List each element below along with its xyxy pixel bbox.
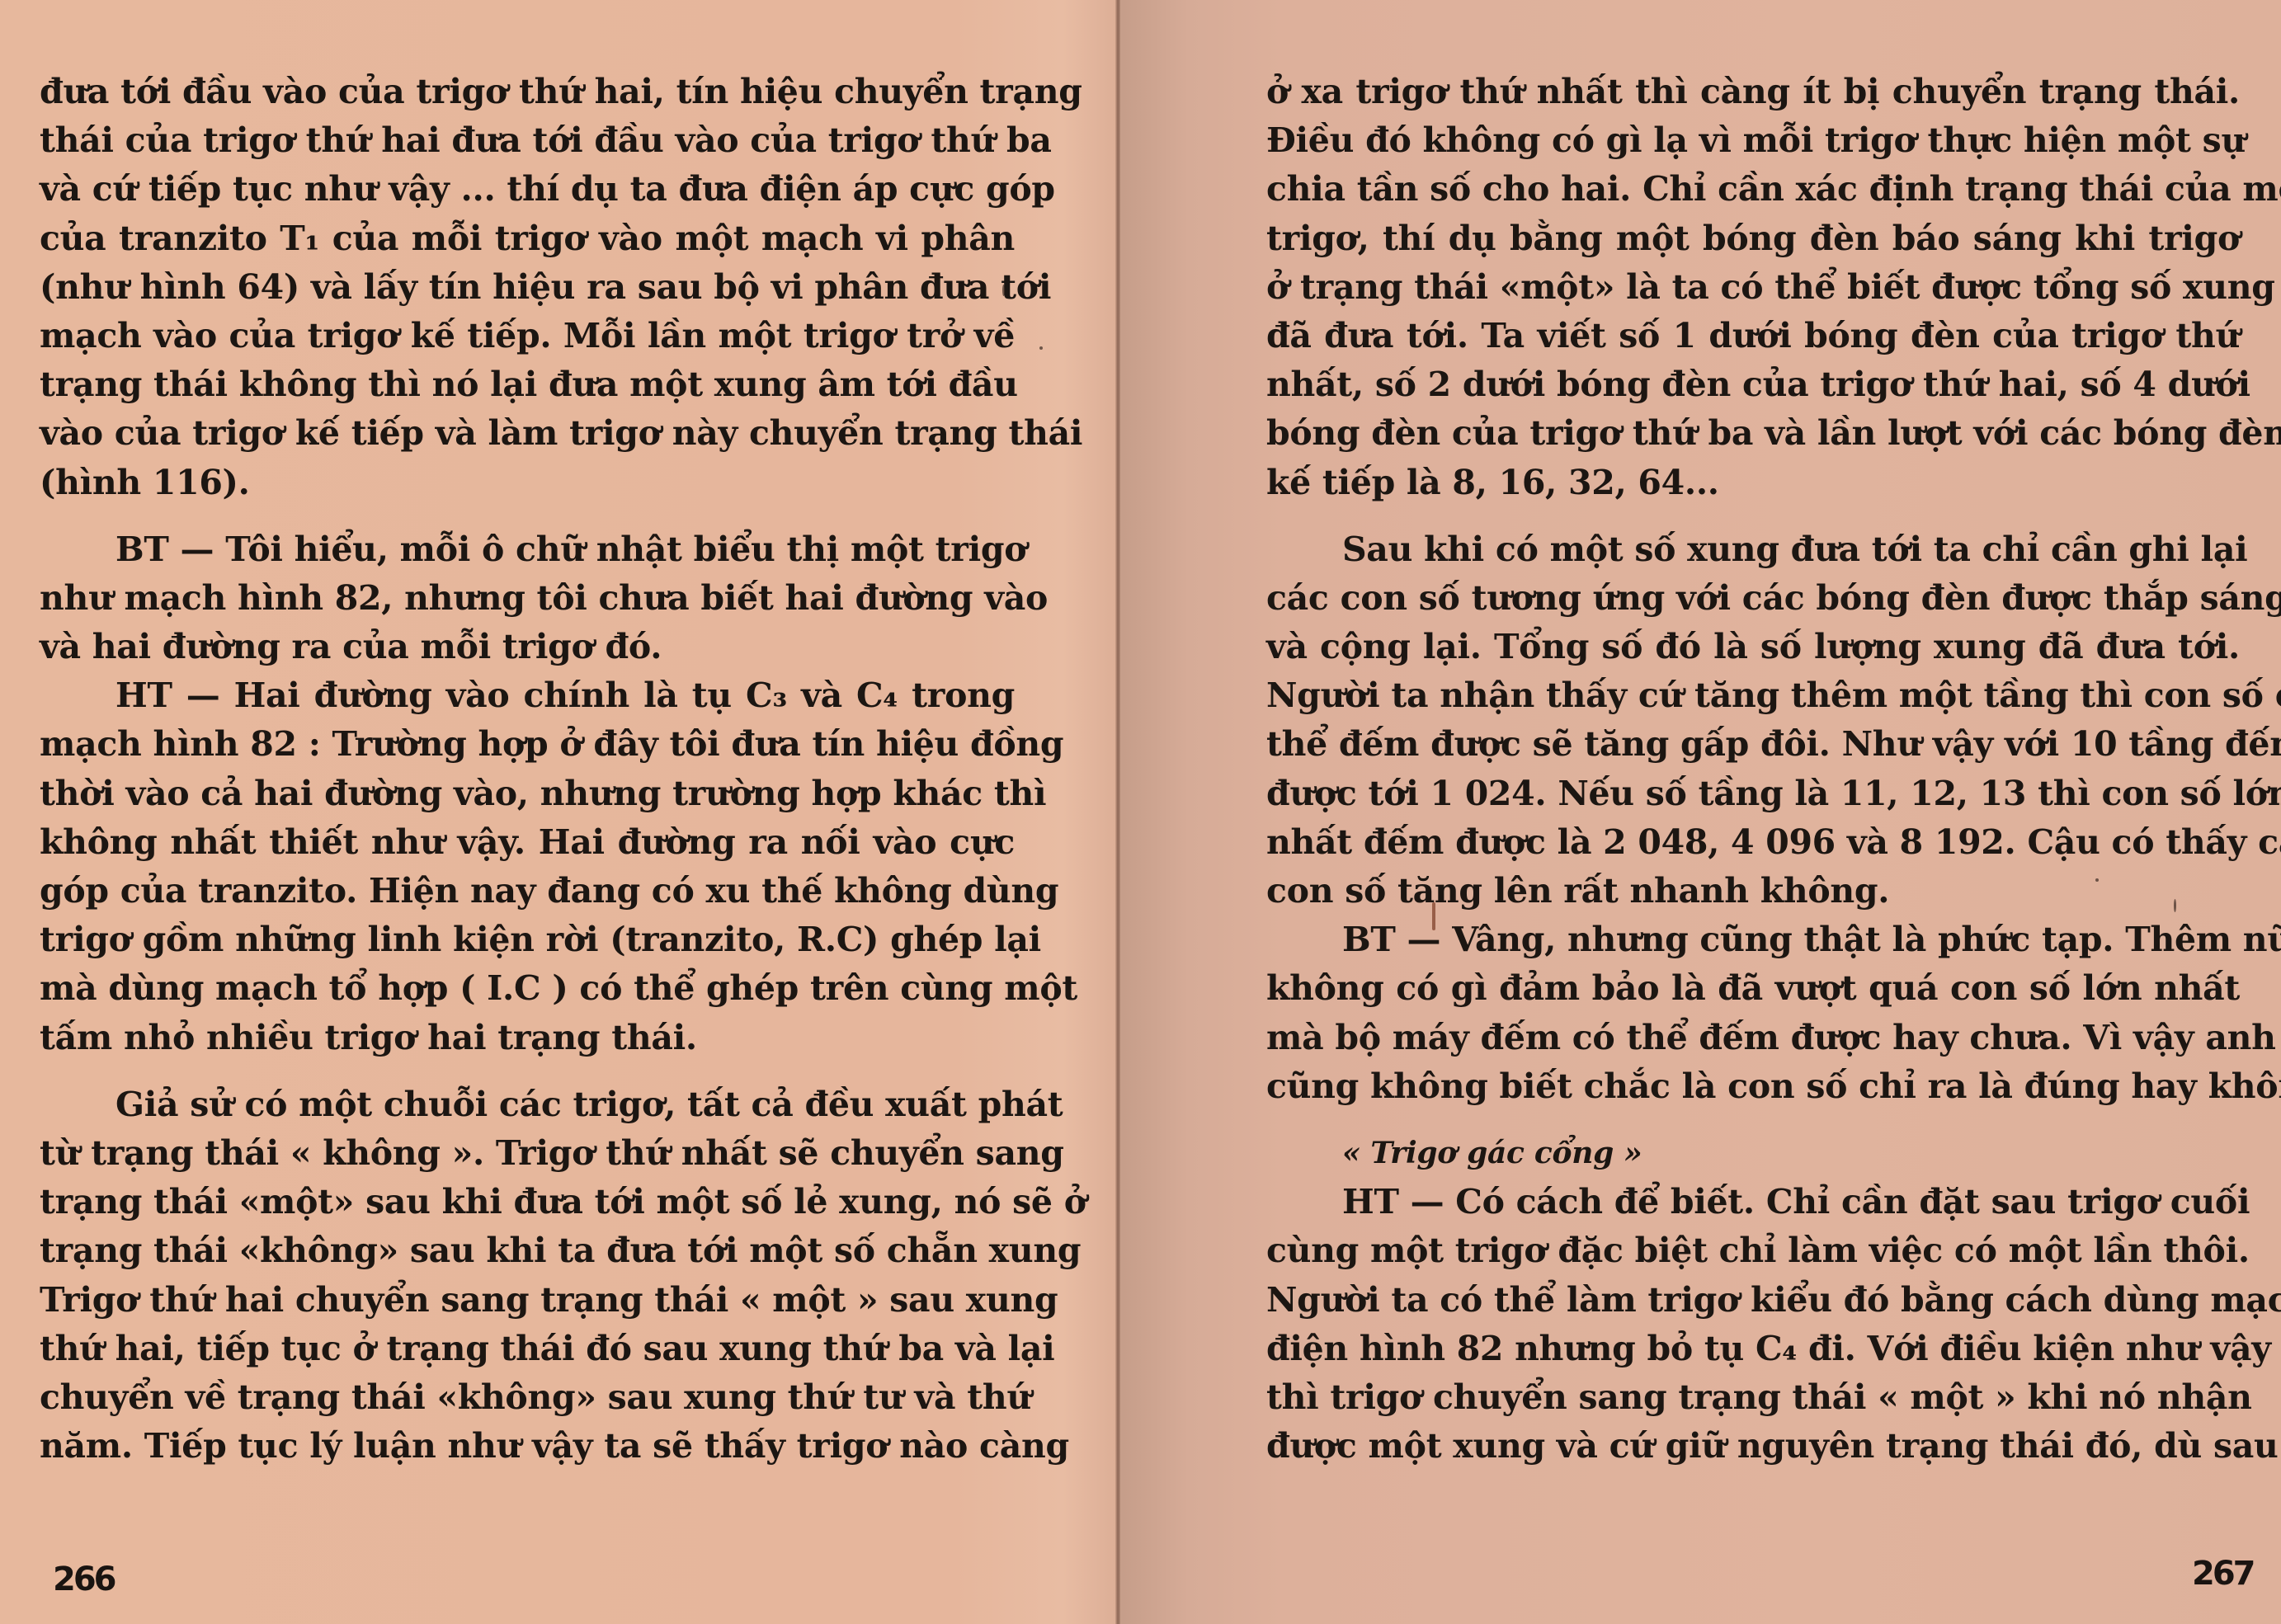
text-line: nhất đếm được là 2 048, 4 096 và 8 192. … — [1266, 818, 2240, 867]
right-page-body-text: ở xa trigơ thứ nhất thì càng ít bị chuyể… — [1266, 68, 2240, 1471]
text-line: con số tăng lên rất nhanh không. — [1266, 867, 2240, 916]
text-line: ở xa trigơ thứ nhất thì càng ít bị chuyể… — [1266, 68, 2240, 116]
text-line: điện hình 82 nhưng bỏ tụ C₄ đi. Với điều… — [1266, 1325, 2240, 1373]
text-line: BT — Tôi hiểu, mỗi ô chữ nhật biểu thị m… — [40, 525, 1015, 574]
text-line: Người ta có thể làm trigơ kiểu đó bằng c… — [1266, 1276, 2240, 1325]
text-line: bóng đèn của trigơ thứ ba và lần lượt vớ… — [1266, 409, 2240, 458]
text-line: trạng thái «không» sau khi ta đưa tới mộ… — [40, 1226, 1015, 1275]
paper-speck — [1039, 346, 1043, 350]
text-line: thể đếm được sẽ tăng gấp đôi. Như vậy vớ… — [1266, 720, 2240, 769]
text-line: được tới 1 024. Nếu số tầng là 11, 12, 1… — [1266, 770, 2240, 818]
paper-speck — [2174, 899, 2176, 912]
text-line: từ trạng thái « không ». Trigơ thứ nhất … — [40, 1129, 1015, 1178]
left-page-body-text: đưa tới đầu vào của trigơ thứ hai, tín h… — [40, 68, 1015, 1471]
text-line: HT — Hai đường vào chính là tụ C₃ và C₄ … — [40, 671, 1015, 720]
text-line: không nhất thiết như vậy. Hai đường ra n… — [40, 818, 1015, 867]
text-line: Trigơ thứ hai chuyển sang trạng thái « m… — [40, 1276, 1015, 1325]
text-line: cùng một trigơ đặc biệt chỉ làm việc có … — [1266, 1226, 2240, 1275]
text-line: năm. Tiếp tục lý luận như vậy ta sẽ thấy… — [40, 1422, 1015, 1471]
left-page: đưa tới đầu vào của trigơ thứ hai, tín h… — [0, 0, 1119, 1624]
text-line: ở trạng thái «một» là ta có thể biết đượ… — [1266, 263, 2240, 312]
text-line: vào của trigơ kế tiếp và làm trigơ này c… — [40, 409, 1015, 458]
text-line: trigơ, thí dụ bằng một bóng đèn báo sáng… — [1266, 214, 2240, 263]
text-line: được một xung và cứ giữ nguyên trạng thá… — [1266, 1422, 2240, 1471]
text-line: HT — Có cách để biết. Chỉ cần đặt sau tr… — [1266, 1178, 2240, 1226]
text-line: đưa tới đầu vào của trigơ thứ hai, tín h… — [40, 68, 1015, 116]
text-line: BT — Vâng, nhưng cũng thật là phức tạp. … — [1266, 916, 2240, 964]
text-line: trạng thái «một» sau khi đưa tới một số … — [40, 1178, 1015, 1226]
text-line: mà bộ máy đếm có thể đếm được hay chưa. … — [1266, 1014, 2240, 1062]
text-line: và hai đường ra của mỗi trigơ đó. — [40, 623, 1015, 671]
text-line: Điều đó không có gì lạ vì mỗi trigơ thực… — [1266, 116, 2240, 165]
paper-speck — [2095, 878, 2099, 882]
page-number-right: 267 — [2192, 1555, 2254, 1593]
text-line: thứ hai, tiếp tục ở trạng thái đó sau xu… — [40, 1325, 1015, 1373]
text-line: trạng thái không thì nó lại đưa một xung… — [40, 360, 1015, 409]
text-line: thái của trigơ thứ hai đưa tới đầu vào c… — [40, 116, 1015, 165]
text-line: (hình 116). — [40, 459, 1015, 507]
book-gutter-fold — [1115, 0, 1120, 1624]
page-number-left: 266 — [53, 1560, 115, 1598]
text-line: mà dùng mạch tổ hợp ( I.C ) có thể ghép … — [40, 964, 1015, 1013]
text-line: mạch vào của trigơ kế tiếp. Mỗi lần một … — [40, 312, 1015, 360]
text-line: như mạch hình 82, nhưng tôi chưa biết ha… — [40, 574, 1015, 623]
text-line: của tranzito T₁ của mỗi trigơ vào một mạ… — [40, 214, 1015, 263]
text-line: trigơ gồm những linh kiện rời (tranzito,… — [40, 916, 1015, 964]
section-heading: « Trigơ gác cổng » — [1266, 1129, 2240, 1178]
text-line: và cộng lại. Tổng số đó là số lượng xung… — [1266, 623, 2240, 671]
text-line: nhất, số 2 dưới bóng đèn của trigơ thứ h… — [1266, 360, 2240, 409]
text-line: không có gì đảm bảo là đã vượt quá con s… — [1266, 964, 2240, 1013]
paper-speck — [1431, 484, 1436, 489]
text-line: chuyển về trạng thái «không» sau xung th… — [40, 1373, 1015, 1422]
text-line: thì trigơ chuyển sang trạng thái « một »… — [1266, 1373, 2240, 1422]
text-line: Giả sử có một chuỗi các trigơ, tất cả đề… — [40, 1080, 1015, 1129]
text-line: các con số tương ứng với các bóng đèn đư… — [1266, 574, 2240, 623]
text-line: Sau khi có một số xung đưa tới ta chỉ cầ… — [1266, 525, 2240, 574]
text-line: thời vào cả hai đường vào, nhưng trường … — [40, 770, 1015, 818]
paper-speck — [1002, 285, 1005, 296]
text-line: Người ta nhận thấy cứ tăng thêm một tầng… — [1266, 671, 2240, 720]
paper-speck — [1432, 902, 1435, 930]
text-line: đã đưa tới. Ta viết số 1 dưới bóng đèn c… — [1266, 312, 2240, 360]
text-line: chia tần số cho hai. Chỉ cần xác định tr… — [1266, 165, 2240, 214]
text-line: và cứ tiếp tục như vậy ... thí dụ ta đưa… — [40, 165, 1015, 214]
text-line: góp của tranzito. Hiện nay đang có xu th… — [40, 867, 1015, 916]
text-line: mạch hình 82 : Trường hợp ở đây tôi đưa … — [40, 720, 1015, 769]
text-line: (như hình 64) và lấy tín hiệu ra sau bộ … — [40, 263, 1015, 312]
text-line: tấm nhỏ nhiều trigơ hai trạng thái. — [40, 1014, 1015, 1062]
right-page: ở xa trigơ thứ nhất thì càng ít bị chuyể… — [1119, 0, 2281, 1624]
text-line: cũng không biết chắc là con số chỉ ra là… — [1266, 1062, 2240, 1111]
text-line: kế tiếp là 8, 16, 32, 64... — [1266, 459, 2240, 507]
